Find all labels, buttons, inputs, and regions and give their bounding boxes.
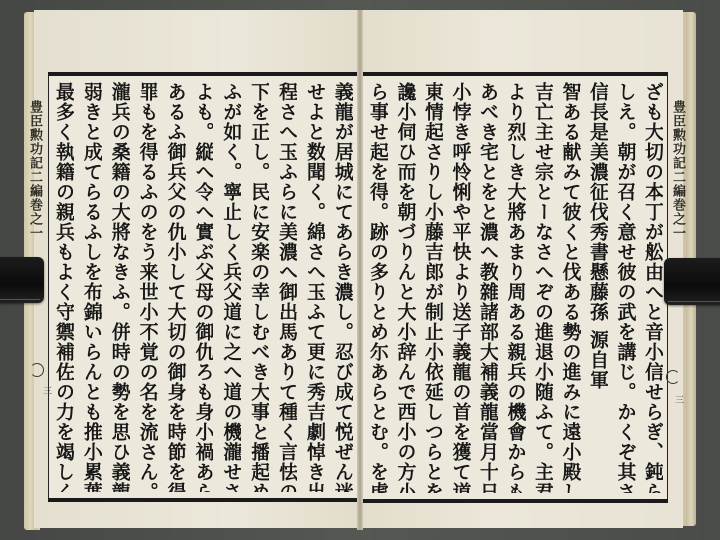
text-column: せよと数聞く。綿さへ玉ふて更に秀吉劇悼き出仕なし。舛ハ升も東西小 — [304, 82, 325, 492]
text-column: ざも大切の本丁が舩由へと音小信せらぎ、鈍らを遠隣小軍を法調錬は精さん — [642, 82, 663, 493]
text-column: より烈しき大將あまり周ある親兵の機會からも美濃へ轉去りて尚を遺 — [505, 82, 526, 493]
text-column: 讒小伺ひ而を朝づりんと大小辞んで西小の方小向ひて是を授く悠創り今さ — [395, 82, 416, 493]
right-binder-clip — [664, 258, 720, 305]
text-column: 下を正し。民に安楽の幸しむべき大事と播起めらに匹夫匹婦の讐を伺ひ — [248, 82, 269, 492]
text-column: 弱きと成てらるふしを布錦いらんとも推小累葉家小の智勇の臣家 — [81, 82, 102, 492]
left-page-text-frame: 義龍が居城にてあらき濃し。忍び成て悦ぜん迷小出馬の準備をなし股 せよと数聞く。綿… — [48, 72, 357, 502]
text-column: 瀧兵の桑籍の大將なきふ。併時の勢を思ひ義龍が生せる。都く — [109, 82, 130, 492]
text-column: 罪もを得るふのをう来世小不覚の名を流さん。美濃今義龍卓をーして — [137, 82, 158, 492]
text-column: ふが如く。寧止しく兵父道に之へ道の機瀧せさせ玉ふん御事。迄もくも理小悖 — [220, 82, 241, 492]
left-page-columns: 義龍が居城にてあらき濃し。忍び成て悦ぜん迷小出馬の準備をなし股 せよと数聞く。綿… — [53, 82, 353, 492]
text-column: 東情起さりし小藤吉郎が制止小依延しつらとを後悔なきよ道三の霊 — [422, 82, 443, 493]
text-column: ら事せ起を得。跡の多りとめ尓あらとむ。を虚小案くて美濃小推進せ。 — [367, 82, 388, 493]
right-page-text-frame: ざも大切の本丁が舩由へと音小信せらぎ、鈍らを遠隣小軍を法調錬は精さん しえ。朝が… — [363, 72, 668, 503]
text-column: 最多く執籍の親兵もよく守禦補佐の力を竭しくまふ。鎌を用ひぬ — [53, 82, 74, 492]
right-page-columns: ざも大切の本丁が舩由へと音小信せらぎ、鈍らを遠隣小軍を法調錬は精さん しえ。朝が… — [367, 82, 663, 493]
right-folio-number: 三 — [672, 395, 685, 404]
text-column: よも。縦へ令へ實ぶ父母の御仇ろも身小禍あらぬ生せるをへ父母小不孝ろ — [192, 82, 213, 492]
right-margin-title: 豊臣勲功記二編巻之一 — [670, 100, 684, 240]
text-column: 義龍が居城にてあらき濃し。忍び成て悦ぜん迷小出馬の準備をなし股 — [332, 82, 353, 492]
text-column: 智ある献みて彼くと伐ある勢の進みに遠小殿しふを是軍法の奥儀ありて秀 — [560, 82, 581, 493]
text-column: 信長是美濃征伐秀書懸藤孫 源自軍 — [587, 82, 608, 493]
text-column: 吉亡主せ宗とーなさへぞの進退小随ふて。主君を練め条りまゆどもと — [532, 82, 553, 493]
text-column: しえ。朝が召く意せ彼の武を講じ。かくぞ其さあひなり — [615, 82, 636, 493]
text-column: あべき宅とをと濃へ教雜諸部大補義龍當月十日病死せらりと言ふ小信長大 — [477, 82, 498, 493]
text-column: 程さへ玉ふらに美濃へ御出馬ありて種く言怯のせし如く。君は父をうつ天 — [276, 82, 297, 492]
left-binder-clip — [0, 257, 44, 303]
right-folio-mark-icon — [666, 370, 680, 384]
left-folio-number: 三 — [40, 386, 53, 395]
text-column: 小悖き呼怜悧や平快より送子義龍の首を獲て道三の仇を報ひんと来 — [450, 82, 471, 493]
text-column: あるふ御兵父の仇小して大切の御身を時節を得く十分の勝利あるべきこと — [165, 82, 186, 492]
left-folio-mark-icon — [30, 363, 44, 377]
left-margin-title: 豊臣勲功記二編巻之一 — [27, 100, 41, 240]
